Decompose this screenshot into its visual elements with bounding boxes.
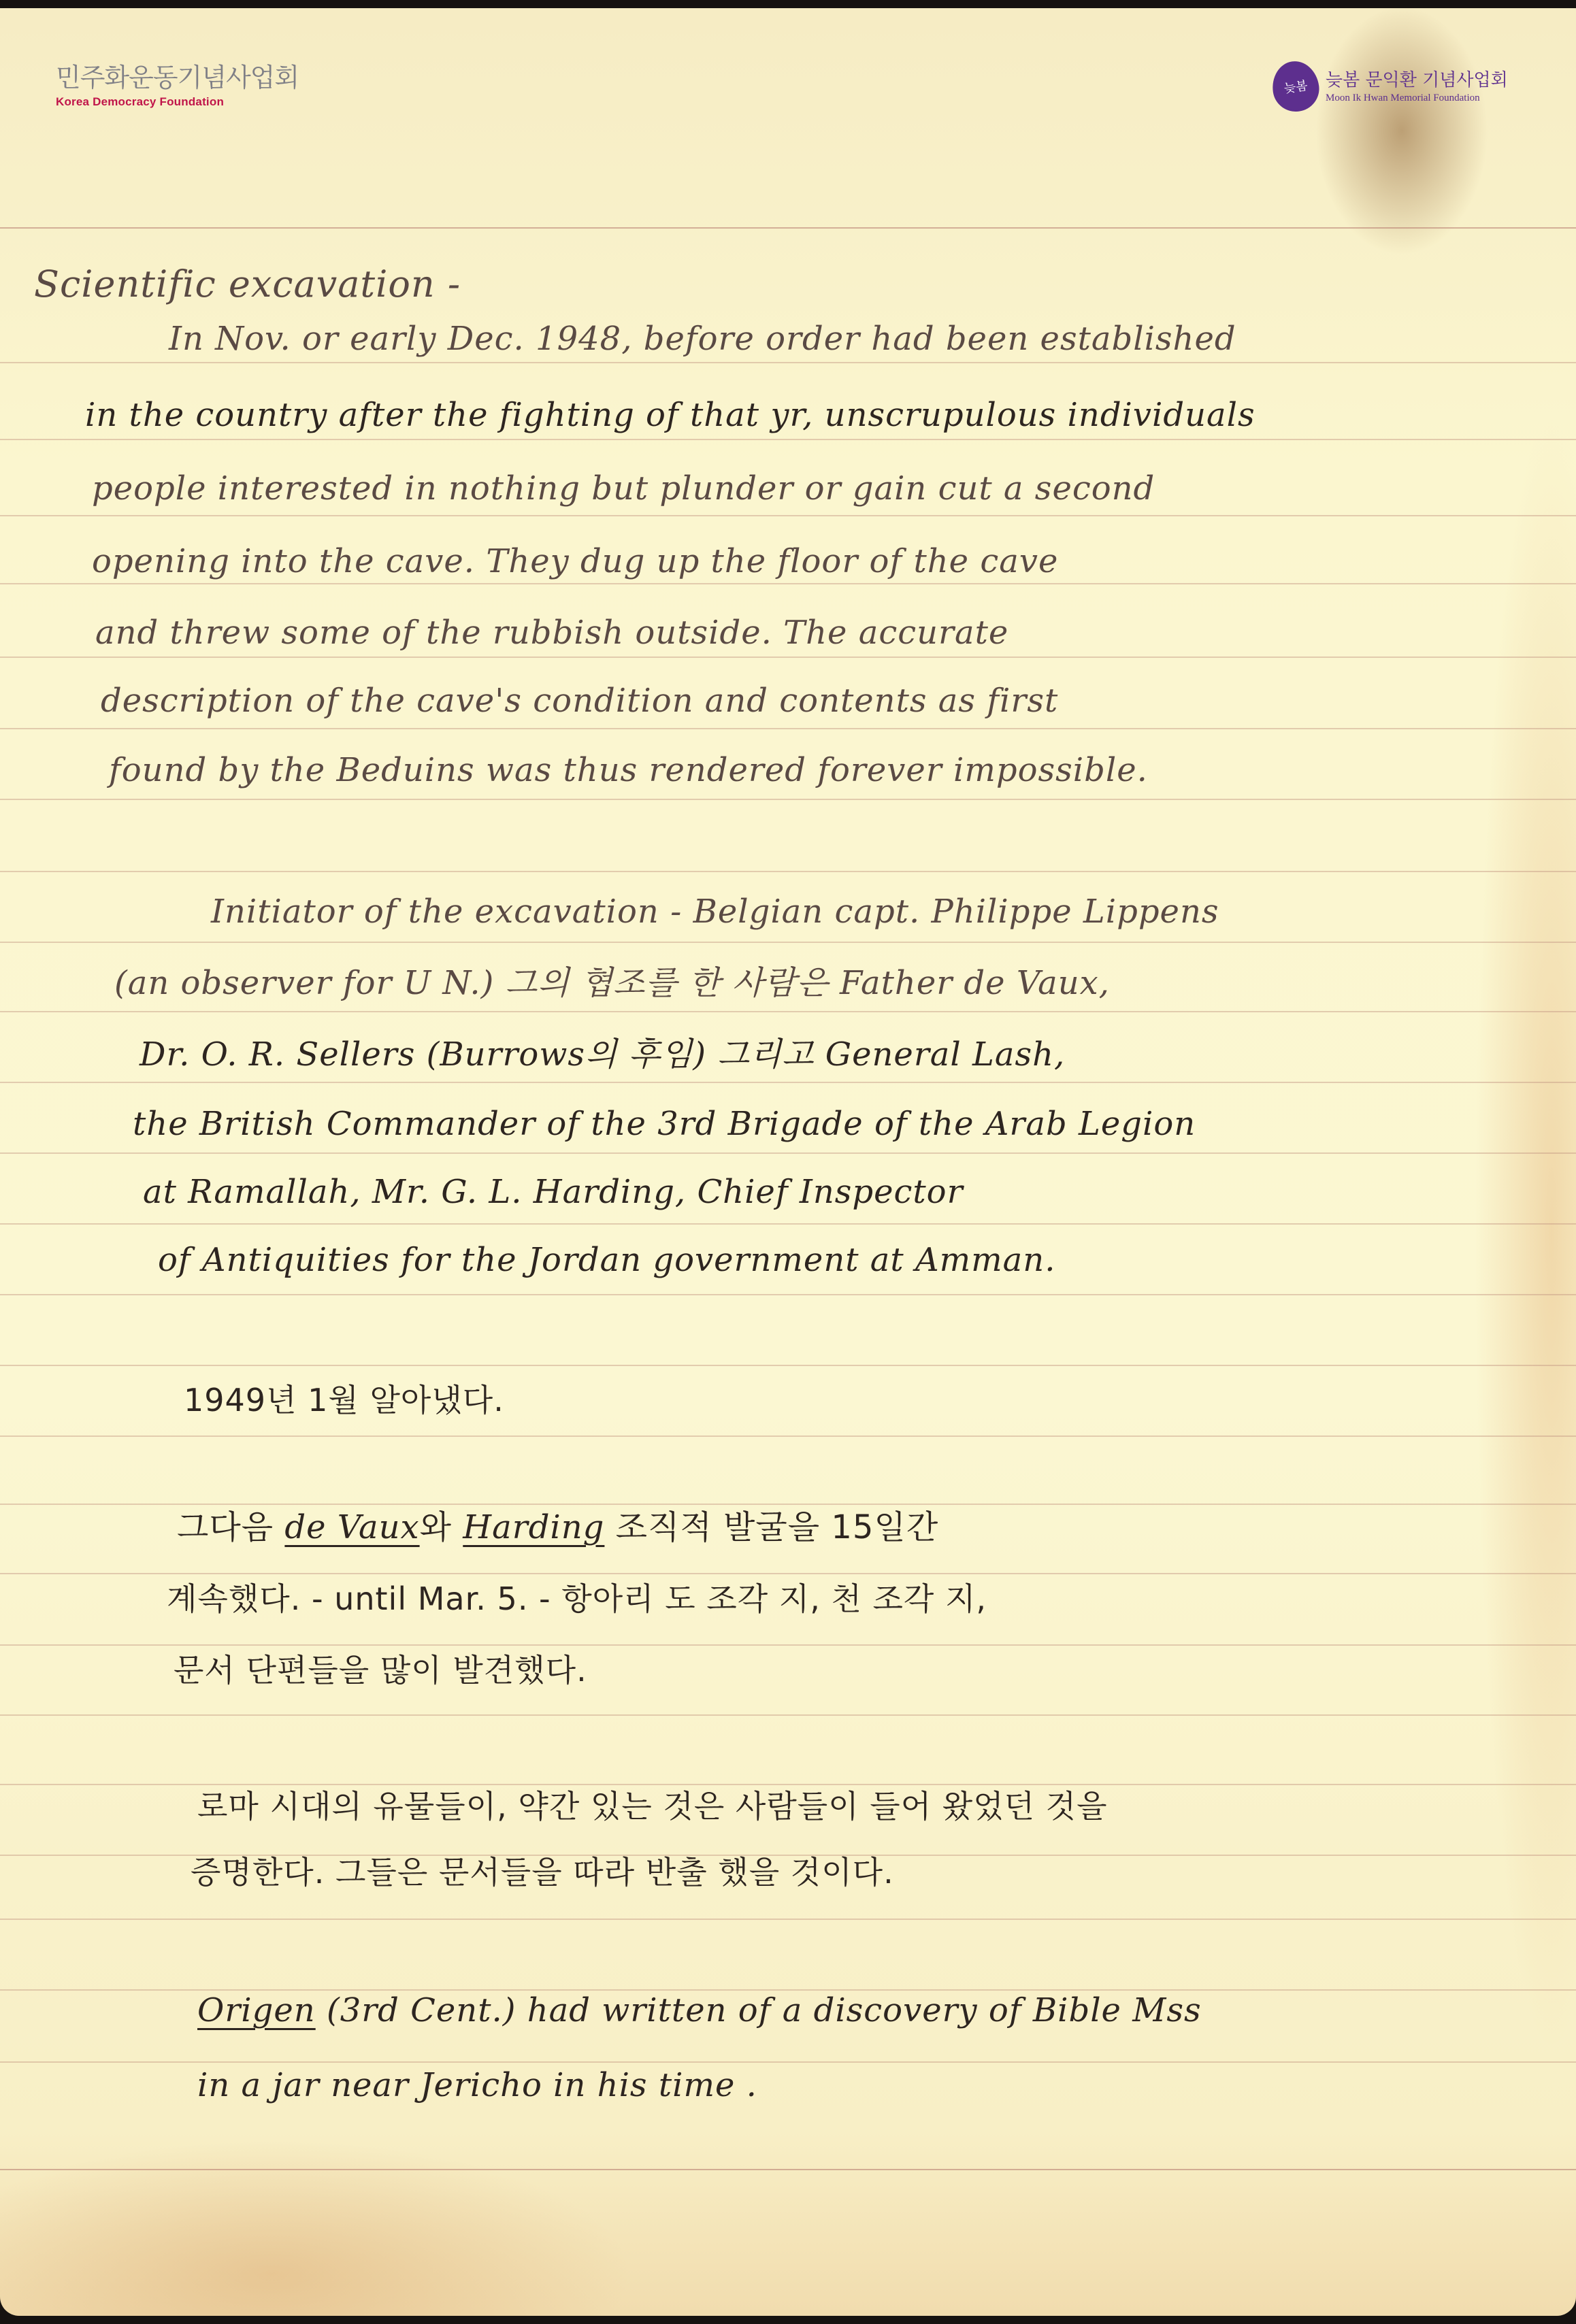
ruled-line <box>0 583 1576 584</box>
ruled-line <box>0 1989 1576 1991</box>
ruled-line <box>0 1504 1576 1505</box>
manuscript-page: 민주화운동기념사업회 Korea Democracy Foundation 늦봄… <box>0 8 1576 2316</box>
paragraph-1-line: opening into the cave. They dug up the f… <box>92 542 1058 580</box>
ruled-line <box>0 515 1576 516</box>
paragraph-1-line: and threw some of the rubbish outside. T… <box>95 614 1008 652</box>
name-origen: Origen <box>197 1991 316 2029</box>
ruled-line <box>0 871 1576 872</box>
paragraph-2-line: (an observer for U N.) 그의 협조를 한 사람은 Fath… <box>114 964 1110 1002</box>
logo-korean-name: 민주화운동기념사업회 <box>56 63 299 93</box>
ruled-line <box>0 728 1576 729</box>
paragraph-1-line: people interested in nothing but plunder… <box>92 469 1155 508</box>
paragraph-2-line: of Antiquities for the Jordan government… <box>158 1241 1055 1279</box>
paragraph-4-line: 로마 시대의 유물들이, 약간 있는 것은 사람들이 들어 왔었던 것을 <box>197 1787 1108 1825</box>
paragraph-5-rest: (3rd Cent.) had written of a discovery o… <box>316 1991 1202 2029</box>
paragraph-2-line: Dr. O. R. Sellers (Burrows의 후임) 그리고 Gene… <box>139 1035 1065 1074</box>
paragraph-3-conjunction: 와 <box>420 1508 463 1546</box>
paragraph-2-line: at Ramallah, Mr. G. L. Harding, Chief In… <box>143 1173 964 1211</box>
ruled-line <box>0 1435 1576 1437</box>
paragraph-1-line: In Nov. or early Dec. 1948, before order… <box>169 320 1236 358</box>
logo-korean-name: 늦봄 문익환 기념사업회 <box>1326 69 1508 91</box>
logo-english-name: Korea Democracy Foundation <box>56 95 299 109</box>
ruled-line <box>0 942 1576 943</box>
ruled-line <box>0 1919 1576 1920</box>
ruled-line <box>0 1714 1576 1716</box>
manuscript-heading: Scientific excavation - <box>34 265 461 303</box>
ruled-line <box>0 1784 1576 1785</box>
paragraph-3-line-1: 그다음 de Vaux와 Harding 조직적 발굴을 15일간 <box>177 1508 938 1546</box>
paragraph-3-line-3: 문서 단편들을 많이 발견했다. <box>174 1651 587 1689</box>
ruled-line <box>0 1365 1576 1366</box>
ruled-line <box>0 1573 1576 1574</box>
paragraph-2-line: Initiator of the excavation - Belgian ca… <box>211 893 1219 931</box>
paragraph-3-suffix: 조직적 발굴을 15일간 <box>604 1508 938 1546</box>
paragraph-1-line: description of the cave's condition and … <box>101 682 1058 720</box>
neutbom-emblem-icon: 늦봄 <box>1269 59 1322 115</box>
paragraph-2-line: the British Commander of the 3rd Brigade… <box>133 1105 1196 1143</box>
paragraph-1-line: in the country after the fighting of tha… <box>85 396 1255 434</box>
ruled-line <box>0 1011 1576 1012</box>
ruled-line <box>0 362 1576 363</box>
ruled-line <box>0 657 1576 658</box>
ruled-line <box>0 227 1576 229</box>
paragraph-5-line-1: Origen (3rd Cent.) had written of a disc… <box>197 1991 1202 2029</box>
moon-ik-hwan-foundation-logo: 늦봄 늦봄 문익환 기념사업회 Moon Ik Hwan Memorial Fo… <box>1273 61 1508 112</box>
ruled-line <box>0 1294 1576 1295</box>
logo-english-name: Moon Ik Hwan Memorial Foundation <box>1326 93 1508 104</box>
name-harding: Harding <box>463 1508 604 1546</box>
date-line: 1949년 1월 알아냈다. <box>184 1381 504 1419</box>
ruled-line <box>0 439 1576 440</box>
name-de-vaux: de Vaux <box>284 1508 419 1546</box>
ruled-line <box>0 2169 1576 2170</box>
ruled-line <box>0 1644 1576 1646</box>
paragraph-1-line: found by the Beduins was thus rendered f… <box>109 751 1148 789</box>
ruled-line <box>0 1082 1576 1083</box>
ruled-line <box>0 1152 1576 1154</box>
ruled-line <box>0 799 1576 800</box>
paragraph-3-prefix: 그다음 <box>177 1508 284 1546</box>
ruled-line <box>0 1223 1576 1225</box>
paragraph-4-line: 증명한다. 그들은 문서들을 따라 반출 했을 것이다. <box>191 1853 894 1891</box>
paragraph-5-line-2: in a jar near Jericho in his time . <box>197 2066 757 2104</box>
paragraph-3-line-2: 계속했다. - until Mar. 5. - 항아리 도 조각 지, 천 조각… <box>167 1580 987 1618</box>
ruled-line <box>0 2061 1576 2063</box>
korea-democracy-foundation-logo: 민주화운동기념사업회 Korea Democracy Foundation <box>56 63 299 109</box>
